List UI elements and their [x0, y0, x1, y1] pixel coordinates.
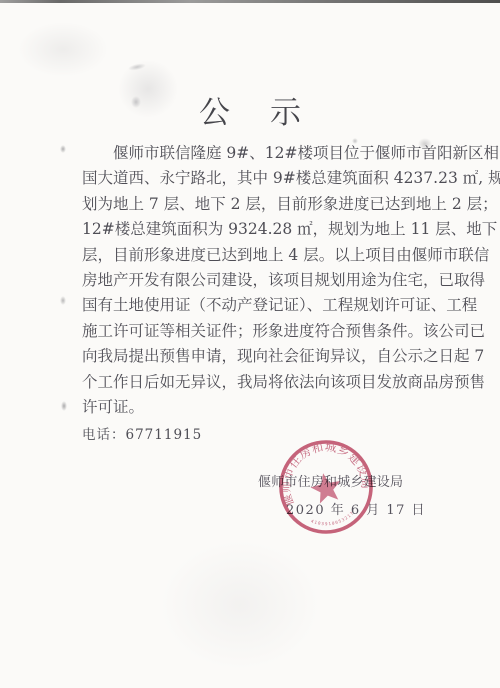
- scan-speck: [61, 401, 67, 411]
- scan-speck: [60, 296, 66, 305]
- scanned-notice-page: 公示 偃师市联信隆庭 9#、12#楼项目位于偃师市首阳新区相 国大道西、永宁路北…: [0, 0, 500, 688]
- official-seal: 偃师市住房和城乡建设局 4103910053217: [237, 398, 415, 576]
- phone-line: 电话：67711915: [82, 423, 202, 443]
- body-line: 12#楼总建筑面积为 9324.28 ㎡，规划为地上 11 层、地下 2: [82, 217, 434, 242]
- body-line: 国大道西、永宁路北，其中 9#楼总建筑面积 4237.23 ㎡, 规: [82, 166, 434, 191]
- body-line: 国有土地使用证（不动产登记证）、工程规划许可证、工程: [82, 293, 434, 318]
- body-line: 划为地上 7 层、地下 2 层，目前形象进度已达到地上 2 层；: [82, 192, 434, 217]
- scan-smudge: [18, 22, 108, 77]
- scan-speck: [60, 145, 66, 153]
- notice-body: 偃师市联信隆庭 9#、12#楼项目位于偃师市首阳新区相 国大道西、永宁路北，其中…: [82, 141, 434, 420]
- body-line: 个工作日后如无异议，我局将依法向该项目发放商品房预售: [82, 370, 434, 395]
- scan-smudge: [128, 62, 147, 72]
- scan-top-edge-artifact: [0, 0, 500, 3]
- body-line: 房地产开发有限公司建设，该项目规划用途为住宅，已取得: [82, 268, 434, 293]
- seal-star-icon: [308, 470, 344, 505]
- body-line: 层，目前形象进度已达到地上 4 层。以上项目由偃师市联信: [82, 243, 434, 268]
- body-line: 向我局提出预售申请，现向社会征询异议，自公示之日起 7: [82, 344, 434, 369]
- body-line: 偃师市联信隆庭 9#、12#楼项目位于偃师市首阳新区相: [82, 141, 434, 166]
- page-title: 公示: [0, 87, 500, 132]
- body-line: 施工许可证等相关证件；形象进度符合预售条件。该公司已: [82, 319, 434, 344]
